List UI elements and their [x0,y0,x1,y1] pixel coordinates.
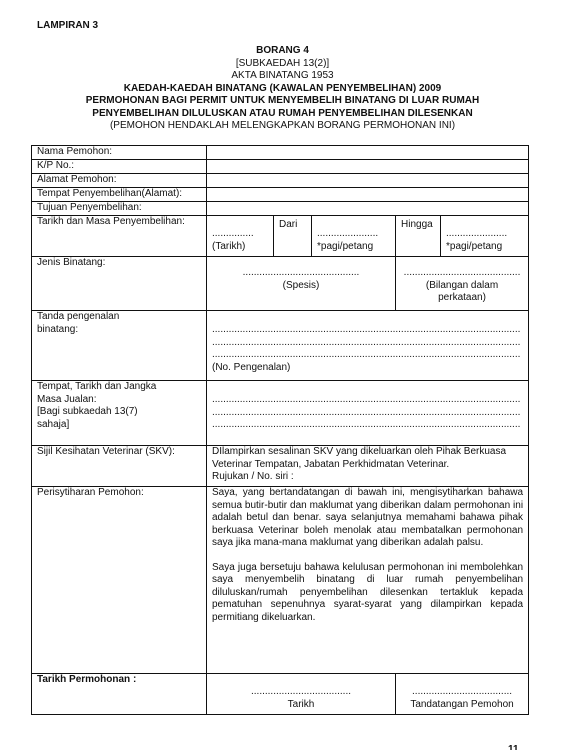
form-number: BORANG 4 [0,45,565,58]
row-veterinary-certificate: Sijil Kesihatan Veterinar (SKV): DIlampi… [32,446,529,487]
identification-mark-label: Tanda pengenalan binatang: [32,311,207,381]
applicant-address-label: Alamat Pemohon: [32,174,207,188]
application-date-caption: Tarikh [212,699,390,712]
row-application-date: Tarikh Permohonan : ....................… [32,674,529,715]
page-number: 11 [508,744,519,750]
animal-type-label: Jenis Binatang: [32,257,207,311]
from-time-field[interactable]: ...................... *pagi/petang [312,216,396,257]
form-title-line2: PENYEMBELIHAN DILULUSKAN ATAU RUMAH PENY… [0,108,565,121]
identification-mark-field[interactable]: ........................................… [207,311,529,381]
row-sale-details: Tempat, Tarikh dan Jangka Masa Jualan: [… [32,381,529,446]
row-animal-type: Jenis Binatang: ........................… [32,257,529,311]
form-instruction: (PEMOHON HENDAKLAH MELENGKAPKAN BORANG P… [0,120,565,133]
row-applicant-address: Alamat Pemohon: [32,174,529,188]
declaration-text: Saya, yang bertandatangan di bawah ini, … [207,487,529,674]
form-title-line1: PERMOHONAN BAGI PERMIT UNTUK MENYEMBELIH… [0,95,565,108]
row-declaration: Perisytiharan Pemohon: Saya, yang bertan… [32,487,529,674]
row-slaughter-purpose: Tujuan Penyembelihan: [32,202,529,216]
appendix-label: LAMPIRAN 3 [37,20,98,31]
species-caption: (Spesis) [212,280,390,293]
count-caption-line1: (Bilangan dalam [401,280,523,293]
declaration-label: Perisytiharan Pemohon: [32,487,207,674]
animal-count-field[interactable]: ........................................… [396,257,529,311]
applicant-name-label: Nama Pemohon: [32,146,207,160]
to-time-field[interactable]: ...................... *pagi/petang [441,216,529,257]
slaughter-place-field[interactable] [207,188,529,202]
row-ic-number: K/P No.: [32,160,529,174]
slaughter-purpose-label: Tujuan Penyembelihan: [32,202,207,216]
sale-details-field[interactable]: ........................................… [207,381,529,446]
slaughter-datetime-label: Tarikh dan Masa Penyembelihan: [32,216,207,257]
to-label: Hingga [396,216,441,257]
veterinary-certificate-text: DIlampirkan sesalinan SKV yang dikeluark… [207,446,529,487]
row-applicant-name: Nama Pemohon: [32,146,529,160]
sale-details-label: Tempat, Tarikh dan Jangka Masa Jualan: [… [32,381,207,446]
application-date-label: Tarikh Permohonan : [32,674,207,715]
signature-caption: Tandatangan Pemohon [401,699,523,712]
applicant-address-field[interactable] [207,174,529,188]
rules-title: KAEDAH-KAEDAH BINATANG (KAWALAN PENYEMBE… [0,83,565,96]
from-ampm-caption: *pagi/petang [317,241,390,254]
slaughter-place-label: Tempat Penyembelihan(Alamat): [32,188,207,202]
form-heading: BORANG 4 [SUBKAEDAH 13(2)] AKTA BINATANG… [0,45,565,133]
identification-caption: (No. Pengenalan) [212,362,523,375]
to-ampm-caption: *pagi/petang [446,241,523,254]
date-caption: (Tarikh) [212,241,268,254]
slaughter-date-field[interactable]: ............... (Tarikh) [207,216,274,257]
declaration-paragraph-1: Saya, yang bertandatangan di bawah ini, … [212,487,523,550]
row-identification-mark: Tanda pengenalan binatang: .............… [32,311,529,381]
application-date-field[interactable]: .................................... Tar… [207,674,396,715]
slaughter-purpose-field[interactable] [207,202,529,216]
ic-number-label: K/P No.: [32,160,207,174]
ic-number-field[interactable] [207,160,529,174]
row-slaughter-datetime: Tarikh dan Masa Penyembelihan: .........… [32,216,529,257]
species-field[interactable]: ........................................… [207,257,396,311]
act-title: AKTA BINATANG 1953 [0,70,565,83]
applicant-signature-field[interactable]: .................................... Tan… [396,674,529,715]
application-form-table: Nama Pemohon: K/P No.: Alamat Pemohon: T… [31,145,529,715]
reference-serial-field[interactable]: Rujukan / No. siri : [212,471,523,484]
veterinary-certificate-label: Sijil Kesihatan Veterinar (SKV): [32,446,207,487]
from-label: Dari [274,216,312,257]
count-caption-line2: perkataan) [401,292,523,305]
applicant-name-field[interactable] [207,146,529,160]
row-slaughter-place: Tempat Penyembelihan(Alamat): [32,188,529,202]
subrule-reference: [SUBKAEDAH 13(2)] [0,58,565,71]
declaration-paragraph-2: Saya juga bersetuju bahawa kelulusan per… [212,562,523,625]
